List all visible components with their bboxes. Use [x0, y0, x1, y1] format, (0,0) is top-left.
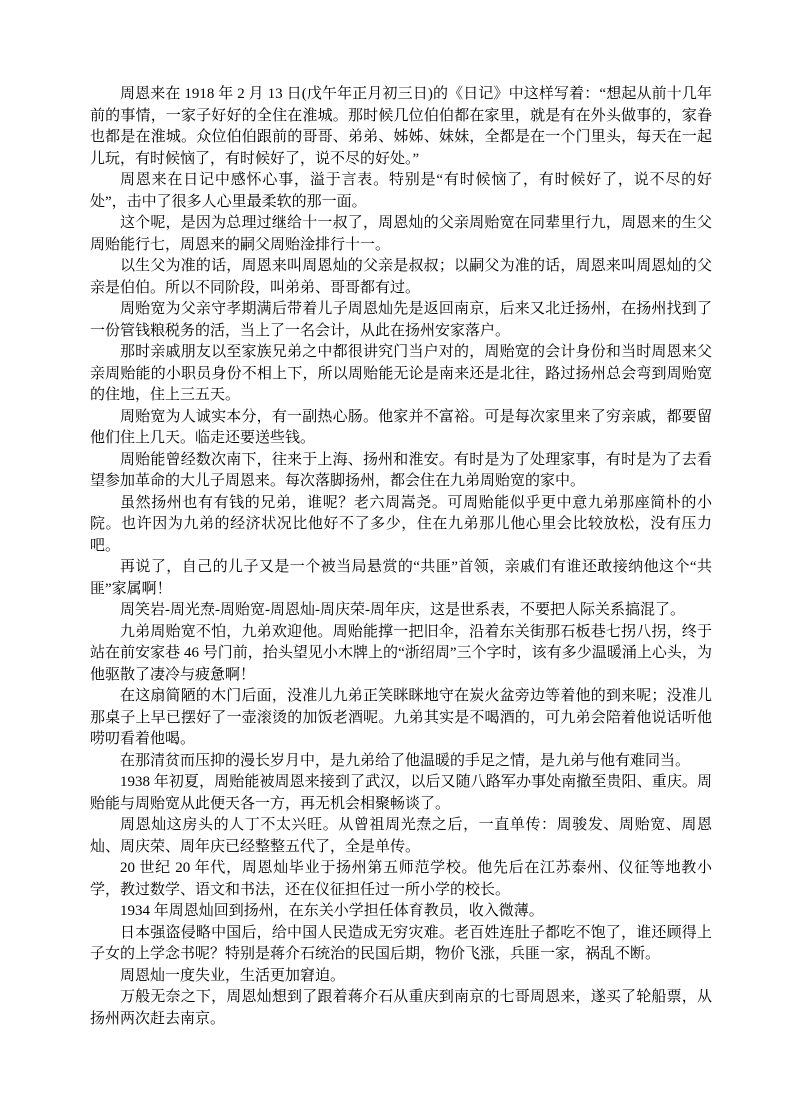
paragraph: 周恩灿一度失业，生活更加窘迫。: [90, 966, 712, 988]
paragraph: 周贻宽为人诚实本分，有一副热心肠。他家并不富裕。可是每次家里来了穷亲戚，都要留他…: [90, 407, 712, 450]
document-body: 周恩来在 1918 年 2 月 13 日(戊午年正月初三日)的《日记》中这样写着…: [90, 84, 712, 1030]
paragraph: 以生父为准的话，周恩来叫周恩灿的父亲是叔叔；以嗣父为准的话，周恩来叫周恩灿的父亲…: [90, 256, 712, 299]
paragraph: 1938 年初夏，周贻能被周恩来接到了武汉，以后又随八路军办事处南撤至贵阳、重庆…: [90, 772, 712, 815]
paragraph: 在那清贫而压抑的漫长岁月中，是九弟给了他温暖的手足之情，是九弟与他有难同当。: [90, 751, 712, 773]
paragraph: 再说了，自己的儿子又是一个被当局悬赏的“共匪”首领，亲戚们有谁还敢接纳他这个“共…: [90, 557, 712, 600]
document-page: 周恩来在 1918 年 2 月 13 日(戊午年正月初三日)的《日记》中这样写着…: [0, 0, 800, 1100]
paragraph: 周恩来在日记中感怀心事，溢于言表。特别是“有时候恼了，有时候好了，说不尽的好处”…: [90, 170, 712, 213]
paragraph: 日本强盗侵略中国后，给中国人民造成无穷灾难。老百姓连肚子都吃不饱了，谁还顾得上子…: [90, 923, 712, 966]
paragraph: 20 世纪 20 年代，周恩灿毕业于扬州第五师范学校。他先后在江苏泰州、仪征等地…: [90, 858, 712, 901]
paragraph: 周笑岩-周光焘-周贻宽-周恩灿-周庆荣-周年庆，这是世系表，不要把人际关系搞混了…: [90, 600, 712, 622]
paragraph: 周贻能曾经数次南下，往来于上海、扬州和淮安。有时是为了处理家事，有时是为了去看望…: [90, 450, 712, 493]
paragraph: 1934 年周恩灿回到扬州，在东关小学担任体育教员，收入微薄。: [90, 901, 712, 923]
paragraph: 在这扇简陋的木门后面，没准儿九弟正笑眯眯地守在炭火盆旁边等着他的到来呢；没准儿那…: [90, 686, 712, 751]
paragraph: 九弟周贻宽不怕，九弟欢迎他。周贻能撑一把旧伞，沿着东关街那石板巷七拐八拐，终于站…: [90, 622, 712, 687]
paragraph: 周贻宽为父亲守孝期满后带着儿子周恩灿先是返回南京，后来又北迁扬州，在扬州找到了一…: [90, 299, 712, 342]
paragraph: 虽然扬州也有有钱的兄弟，谁呢？老六周嵩尧。可周贻能似乎更中意九弟那座简朴的小院。…: [90, 493, 712, 558]
paragraph: 周恩来在 1918 年 2 月 13 日(戊午年正月初三日)的《日记》中这样写着…: [90, 84, 712, 170]
paragraph: 那时亲戚朋友以至家族兄弟之中都很讲究门当户对的，周贻宽的会计身份和当时周恩来父亲…: [90, 342, 712, 407]
paragraph: 万般无奈之下，周恩灿想到了跟着蒋介石从重庆到南京的七哥周恩来，遂买了轮船票，从扬…: [90, 987, 712, 1030]
paragraph: 这个呢，是因为总理过继给十一叔了，周恩灿的父亲周贻宽在同辈里行九，周恩来的生父周…: [90, 213, 712, 256]
paragraph: 周恩灿这房头的人丁不太兴旺。从曾祖周光焘之后，一直单传：周骏发、周贻宽、周恩灿、…: [90, 815, 712, 858]
